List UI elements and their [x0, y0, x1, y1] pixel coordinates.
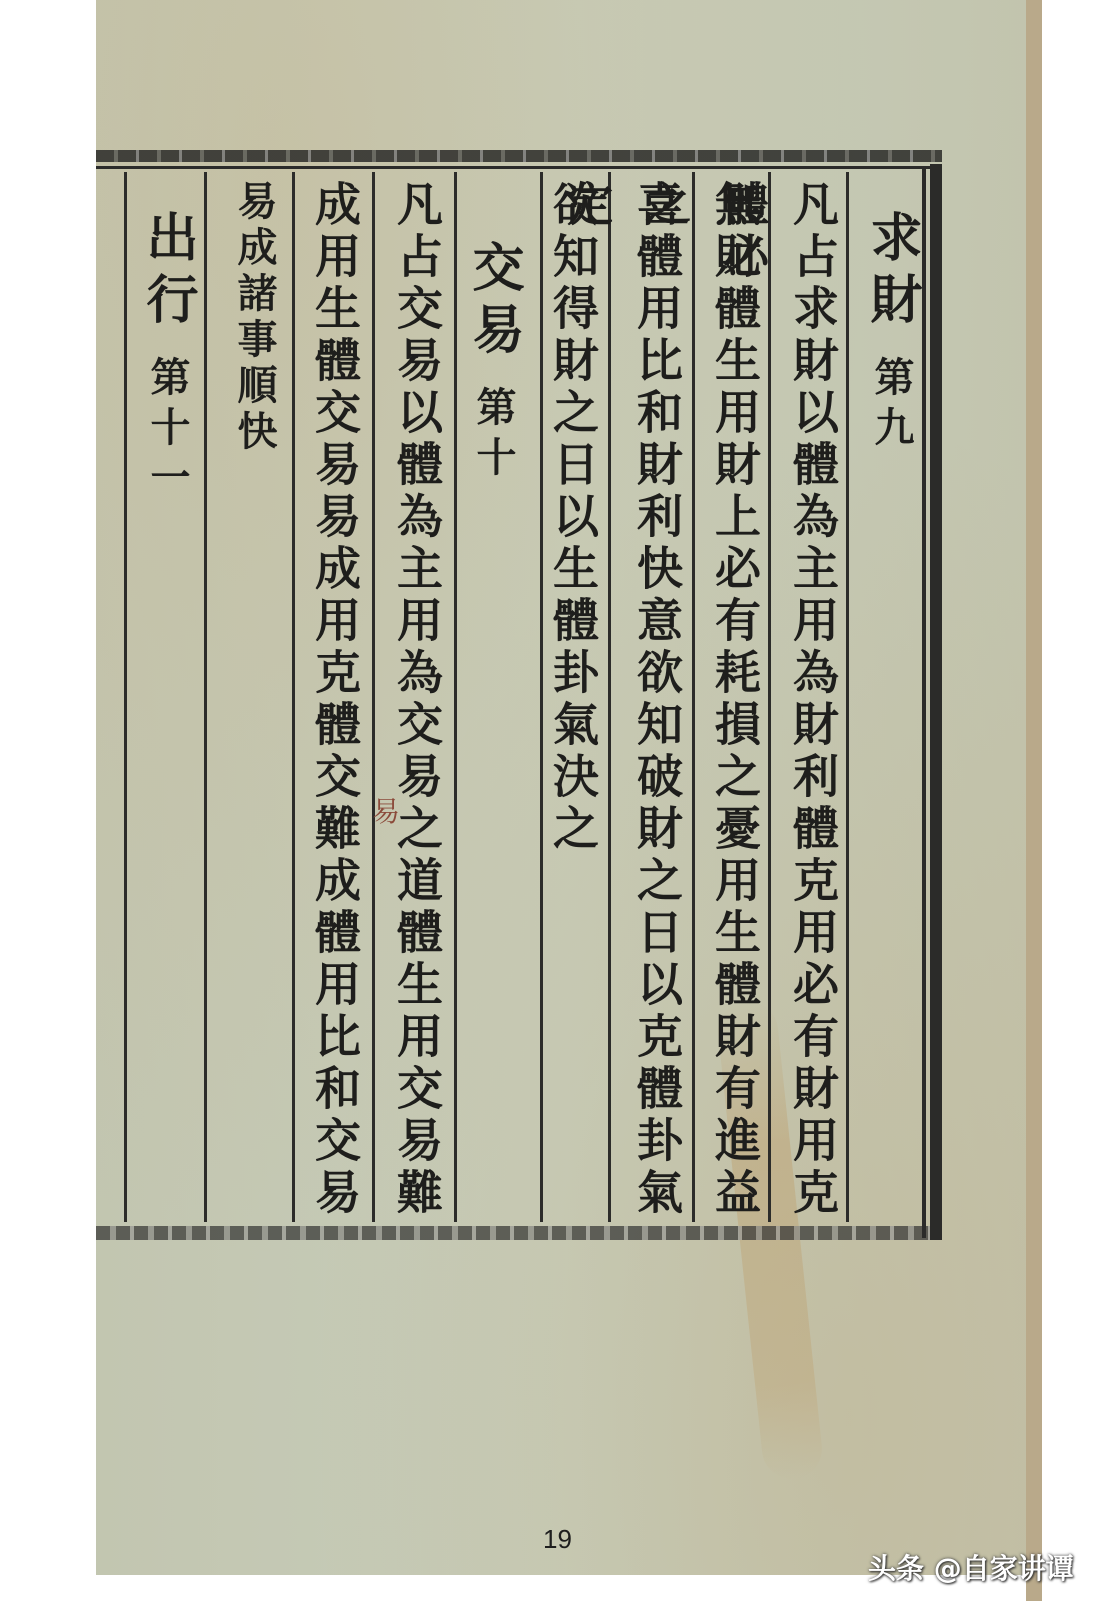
heading-qiucai: 求財第九 [856, 210, 926, 456]
page-edge [1026, 0, 1042, 1601]
column-rule [124, 172, 127, 1222]
frame-top-border [96, 150, 942, 162]
text-column: 欲知得財之日以生體卦氣決之 [538, 180, 608, 856]
column-rule [454, 172, 457, 1222]
text-column: 喜體用比和財利快意欲知破財之日以克體卦氣定 [622, 180, 692, 1240]
heading-text: 出行 [137, 210, 198, 334]
heading-chuxing: 出行第十一 [132, 210, 202, 506]
heading-text: 交易 [463, 240, 524, 364]
chapter-number: 第十一 [132, 356, 202, 506]
chapter-number: 第九 [856, 356, 926, 456]
red-marginal-annotation: 易 [372, 790, 400, 830]
text-column: 無財體生用財上必有耗損之憂用生體財有進益之 [700, 180, 770, 1240]
column-rule [608, 172, 611, 1222]
frame-right-border [930, 164, 942, 1240]
heading-jiaoyi: 交易第十 [458, 240, 528, 486]
printed-frame: 求財第九 凡占求財以體為主用為財利體克用必有財用克體必 無財體生用財上必有耗損之… [96, 150, 942, 1240]
page-number: 19 [543, 1524, 572, 1555]
column-rule [204, 172, 207, 1222]
text-column: 凡占交易以體為主用為交易之道體生用交易難 [382, 180, 452, 1220]
heading-text: 求財 [861, 210, 922, 334]
column-rule [692, 172, 695, 1222]
column-rule [372, 172, 375, 1222]
frame-top-rule [96, 166, 942, 169]
text-column: 易成諸事順快 [214, 180, 284, 456]
text-column: 成用生體交易易成用克體交難成體用比和交易 [300, 180, 370, 1220]
text-column: 凡占求財以體為主用為財利體克用必有財用克體必 [778, 180, 848, 1240]
watermark: 头条 @自家讲谭 [868, 1547, 1074, 1587]
chapter-number: 第十 [458, 386, 528, 486]
column-rule [292, 172, 295, 1222]
